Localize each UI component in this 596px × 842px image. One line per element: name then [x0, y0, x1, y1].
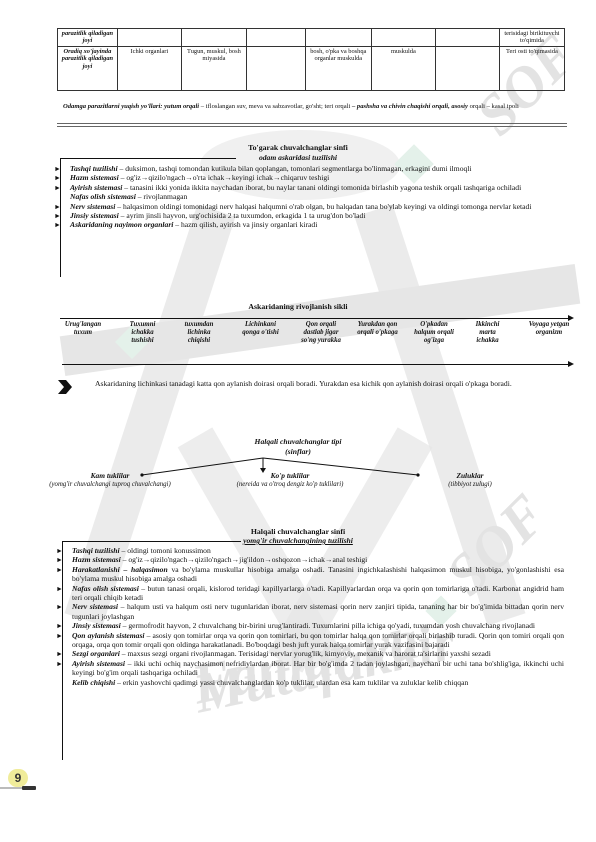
list-item: ►Ayirish sistemasi – tanasini ikki yonid… — [54, 183, 564, 192]
table-cell — [305, 29, 371, 47]
lifecycle-bottom-arrow — [62, 364, 570, 365]
table-cell: muskulda — [371, 46, 435, 90]
page-number: 9 — [8, 769, 28, 787]
arrowhead-icon — [568, 361, 574, 367]
list-item: Nafas olish sistemasi – rivojlanmagan — [54, 192, 564, 201]
table-cell: terisidagi birikituvchi to'qimida — [499, 29, 564, 47]
list-item: ►Askaridaning nayimon organlari – hazm q… — [54, 220, 564, 229]
lifecycle-stages: Urug'langan tuxum Tuxumni ichakka tushis… — [58, 321, 578, 345]
table-cell — [435, 46, 499, 90]
list-item: ►Hazm sistemasi – og'iz→qizilo'ngach→qiz… — [56, 555, 564, 564]
table-cell — [246, 46, 305, 90]
list-item: ►Nerv sistemasi – halqum usti va halqum … — [56, 602, 564, 621]
list-item: ►Jinsiy sistemasi – germofrodit hayvon, … — [56, 621, 564, 630]
lifecycle-stage: Tuxumni ichakka tushishi — [123, 321, 163, 345]
list-item: ►Nafas olish sistemasi – butun tanasi or… — [56, 584, 564, 603]
annelid-types-title: Halqali chuvalchanglar tipi — [0, 437, 596, 446]
table-row-label: Oradiq xo'jayinda parazitlik qiladigan j… — [58, 46, 118, 90]
list-item: ►Tashqi tuzilishi – duksimon, tashqi tom… — [54, 164, 564, 173]
roundworms-list: ►Tashqi tuzilishi – duksimon, tashqi tom… — [54, 164, 564, 230]
parasite-table: parazitlik qiladigan joyi terisidagi bir… — [57, 28, 565, 91]
lifecycle-top-arrow — [60, 318, 570, 319]
branch-kop-tuklilar: Ko'p tuklilar (nereida va o'troq dengiz … — [200, 471, 380, 490]
branch-kam-tuklilar: Kam tuklilar (yomg'ir chuvalchangi tupro… — [40, 471, 180, 490]
arrow-bullet-icon: ► — [56, 566, 63, 575]
lifecycle-stage: tuxumdan lichinka chiqishi — [177, 321, 221, 345]
list-item: ►Harakatlanishi – halqasimon va bo'ylama… — [56, 565, 564, 584]
list-item: ►Hazm sistemasi – og'iz→qizilo'ngach→o'r… — [54, 173, 564, 182]
lifecycle-stage: O'pkadan halqum orqali og'izga — [413, 321, 455, 345]
divider — [57, 126, 567, 127]
table-cell — [246, 29, 305, 47]
arrow-bullet-icon: ► — [56, 660, 63, 669]
chevron-right-icon — [58, 380, 72, 394]
list-item: ►Sezgi organlari – maxsus sezgi organi r… — [56, 649, 564, 658]
branch-zuluklar: Zuluklar (tibbiyot zulugi) — [420, 471, 520, 490]
lifecycle-stage: Voyaga yetgan organizm — [520, 321, 578, 345]
page-number-marker — [22, 786, 36, 790]
table-cell — [435, 29, 499, 47]
table-cell: bosh, o'pka va boshqa organlar muskulda — [305, 46, 371, 90]
table-row: Oradiq xo'jayinda parazitlik qiladigan j… — [58, 46, 565, 90]
table-cell: Ichki organlari — [117, 46, 181, 90]
list-item: ►Qon aylanish sistemasi – asosiy qon tom… — [56, 631, 564, 650]
table-row: parazitlik qiladigan joyi terisidagi bir… — [58, 29, 565, 47]
table-row-label: parazitlik qiladigan joyi — [58, 29, 118, 47]
list-item: ►Tashqi tuzilishi – oldingi tomoni konus… — [56, 546, 564, 555]
arrow-bullet-icon: ► — [56, 632, 63, 641]
table-cell: Teri osti to'qimasida — [499, 46, 564, 90]
lifecycle-title: Askaridaning rivojlanish sikli — [0, 302, 596, 311]
list-item: Kelib chiqishi – erkin yashovchi qadimgi… — [56, 678, 564, 687]
arrow-bullet-icon: ► — [54, 221, 61, 230]
table-cell — [371, 29, 435, 47]
arrow-bullet-icon: ► — [56, 603, 63, 612]
lifecycle-stage: Qon orqali dastlab jigar so'ng yurakka — [300, 321, 342, 345]
table-cell: Tugun, muskul, bosh miyasida — [181, 46, 246, 90]
list-item: ►Nerv sistemasi – halqasimon oldingi tom… — [54, 202, 564, 211]
table-note: Odamga parazitlarni yuqish yo'llari: yut… — [63, 103, 563, 111]
table-cell — [117, 29, 181, 47]
list-item: ►Jinsiy sistemasi – ayrim jinsli hayvon,… — [54, 211, 564, 220]
lifecycle-stage: Lichinkani qonga o'tishi — [236, 321, 286, 345]
list-item: ►Ayirish sistemasi – ikki uchi ochiq nay… — [56, 659, 564, 678]
table-cell — [181, 29, 246, 47]
arrow-bullet-icon: ► — [56, 585, 63, 594]
lifecycle-stage: Urug'langan tuxum — [58, 321, 108, 345]
lifecycle-paragraph: Askaridaning lichinkasi tanadagi katta q… — [95, 379, 563, 388]
roundworms-title: To'garak chuvalchanglar sinfi — [0, 143, 596, 152]
lifecycle-stage: Ikkinchi marta ichakka — [470, 321, 506, 345]
lifecycle-stage: Yurakdan qon orqali o'pkaga — [357, 321, 399, 345]
divider — [57, 123, 567, 124]
annelids-title: Halqali chuvalchanglar sinfi — [0, 527, 596, 536]
annelids-list: ►Tashqi tuzilishi – oldingi tomoni konus… — [56, 546, 564, 687]
